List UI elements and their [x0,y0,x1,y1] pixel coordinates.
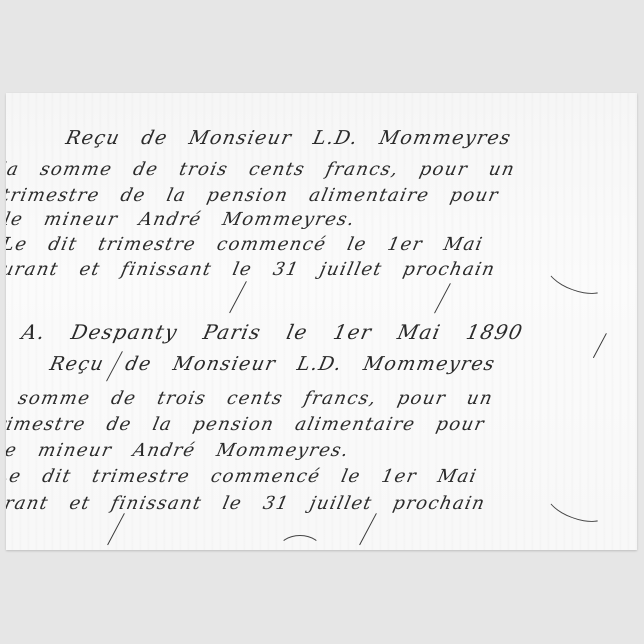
signature-date-line: A. Despanty Paris le 1er Mai 1890 [20,322,525,342]
ink-flourish [107,513,125,545]
text-line: Le dit trimestre commencé le 1er Mai [6,236,485,254]
text-line: trimestre de la pension alimentaire pour [6,416,486,434]
text-line: la somme de trois cents francs, pour un [6,161,517,179]
ink-flourish [278,535,322,550]
text-line: la somme de trois cents francs, pour un [6,390,495,408]
ink-flourish [359,513,377,545]
text-line: trimestre de la pension alimentaire pour [6,187,500,205]
ink-flourish [434,283,451,314]
ink-flourish [543,481,611,529]
text-line: courant et finissant le 31 juillet proch… [6,261,497,279]
text-line: le mineur André Mommeyres. [6,442,351,460]
ink-flourish [593,333,607,358]
text-line: courant et finissant le 31 juillet proch… [6,495,487,513]
text-line: Le dit trimestre commencé le 1er Mai [6,468,479,486]
ink-flourish [229,281,247,313]
handwritten-document-page: Reçu de Monsieur L.D. Mommeyres la somme… [6,93,637,550]
text-line: le mineur André Mommeyres. [6,211,357,229]
text-line-heading: Reçu de Monsieur L.D. Mommeyres [64,129,513,148]
ink-flourish [543,253,611,301]
